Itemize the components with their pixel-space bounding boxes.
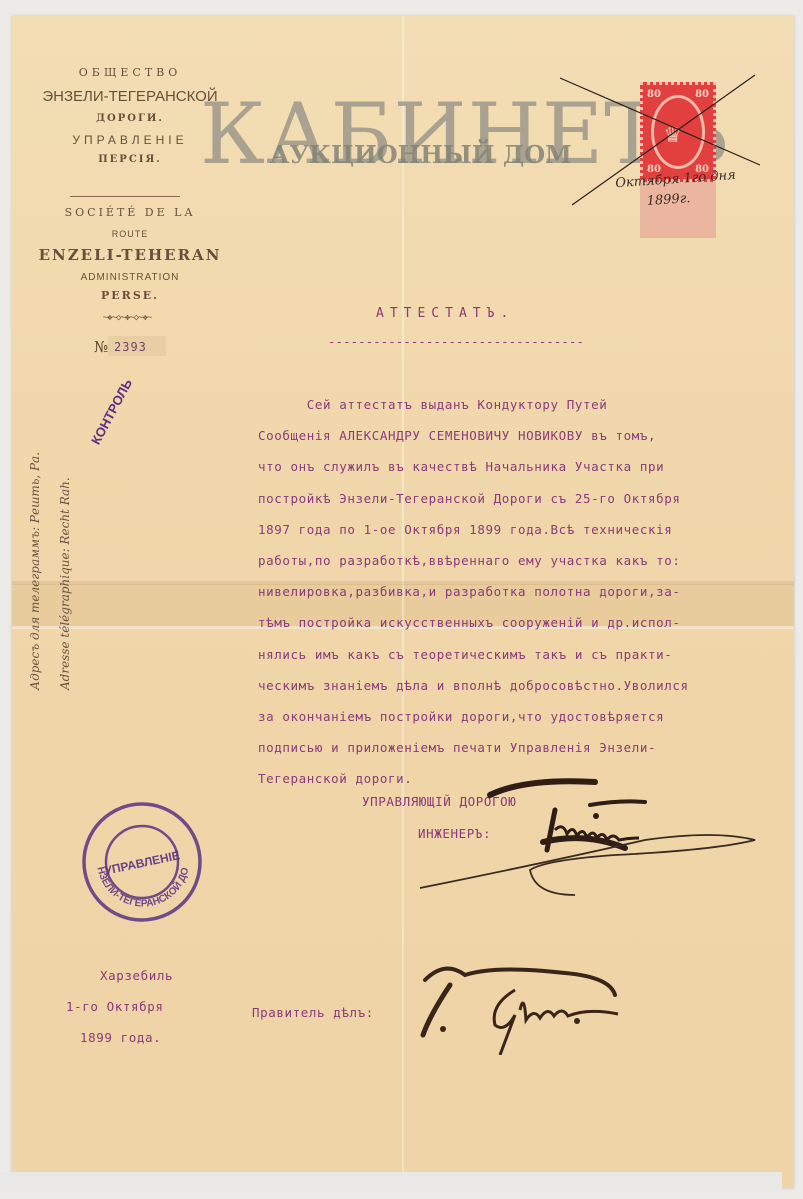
body-line: Тегеранской дороги. xyxy=(258,771,412,786)
letterhead-fr-line4: ADMINISTRATION xyxy=(30,272,230,283)
body-line: ческимъ знаніемъ дѣла и вполнѣ добросовѣ… xyxy=(258,678,689,693)
body-line: постройкѣ Энзели-Тегеранской Дороги съ 2… xyxy=(258,491,681,506)
letterhead-fr-line3: ENZELI-TEHERAN xyxy=(30,246,230,264)
number-sign: № xyxy=(94,338,108,356)
page-background xyxy=(0,1172,782,1192)
body-line: Сообщенія АЛЕКСАНДРУ СЕМЕНОВИЧУ НОВИКОВУ… xyxy=(258,428,656,443)
watermark-subtitle: АУКЦИОННЫЙ ДОМ xyxy=(270,140,572,169)
fold-line-vertical xyxy=(402,16,404,1188)
body-line: за окончаніемъ постройки дороги,что удос… xyxy=(258,709,664,724)
chancellor-signature xyxy=(405,955,625,1055)
issue-date-year: 1899 года. xyxy=(80,1030,161,1045)
issue-date-day: 1-го Октября xyxy=(66,999,164,1014)
body-line: нивелировка,разбивка,и разработка полотн… xyxy=(258,584,681,599)
stamp-cancel-date: Октября 1го дня 1899г. xyxy=(615,166,738,214)
letterhead-divider xyxy=(70,196,180,197)
chancellor-label: Правитель дѣлъ: xyxy=(252,1005,374,1020)
letterhead-fr-line2: ROUTE xyxy=(30,229,230,239)
seal-center-text: УПРАВЛЕНІЕ xyxy=(103,848,181,878)
body-line: работы,по разработкѣ,ввѣреннаго ему учас… xyxy=(258,553,681,568)
ornament-divider: ~❖~◇~✥~◇~❖~ xyxy=(72,313,182,323)
body-line: что онъ служилъ въ качествѣ Начальника У… xyxy=(258,459,664,474)
manager-signature xyxy=(415,770,775,900)
body-line: Сей аттестатъ выданъ Кондуктору Путей xyxy=(258,397,607,412)
document-title: АТТЕСТАТЪ. xyxy=(376,306,514,321)
telegraph-address: Адресъ для телеграммъ: Решть, Ра. Adress… xyxy=(20,452,80,690)
official-seal: ЭНЗЕЛИ-ТЕГЕРАНСКОЙ ДОР. УПРАВЛЕНІЕ xyxy=(80,800,204,924)
body-line: тѣмъ постройка искусственныхъ сооруженій… xyxy=(258,615,681,630)
title-underline: ---------------------------------- xyxy=(328,334,584,349)
body-line: нялись имъ какъ съ теоретическимъ такъ и… xyxy=(258,647,672,662)
telegraph-address-fr: Adresse télégraphique: Recht Rah. xyxy=(50,452,80,690)
place-of-issue: Харзебиль xyxy=(100,968,173,983)
letterhead-fr-line1: SOCIÉTÉ DE LA xyxy=(30,206,230,219)
telegraph-address-ru: Адресъ для телеграммъ: Решть, Ра. xyxy=(20,452,50,690)
body-line: подписью и приложеніемъ печати Управлені… xyxy=(258,740,656,755)
body-line: 1897 года по 1-ое Октября 1899 года.Всѣ … xyxy=(258,522,672,537)
letterhead-ru-line1: ОБЩЕСТВО xyxy=(30,66,230,79)
document-number: 2393 xyxy=(114,340,147,354)
letterhead-fr-line5: PERSE. xyxy=(30,289,230,302)
